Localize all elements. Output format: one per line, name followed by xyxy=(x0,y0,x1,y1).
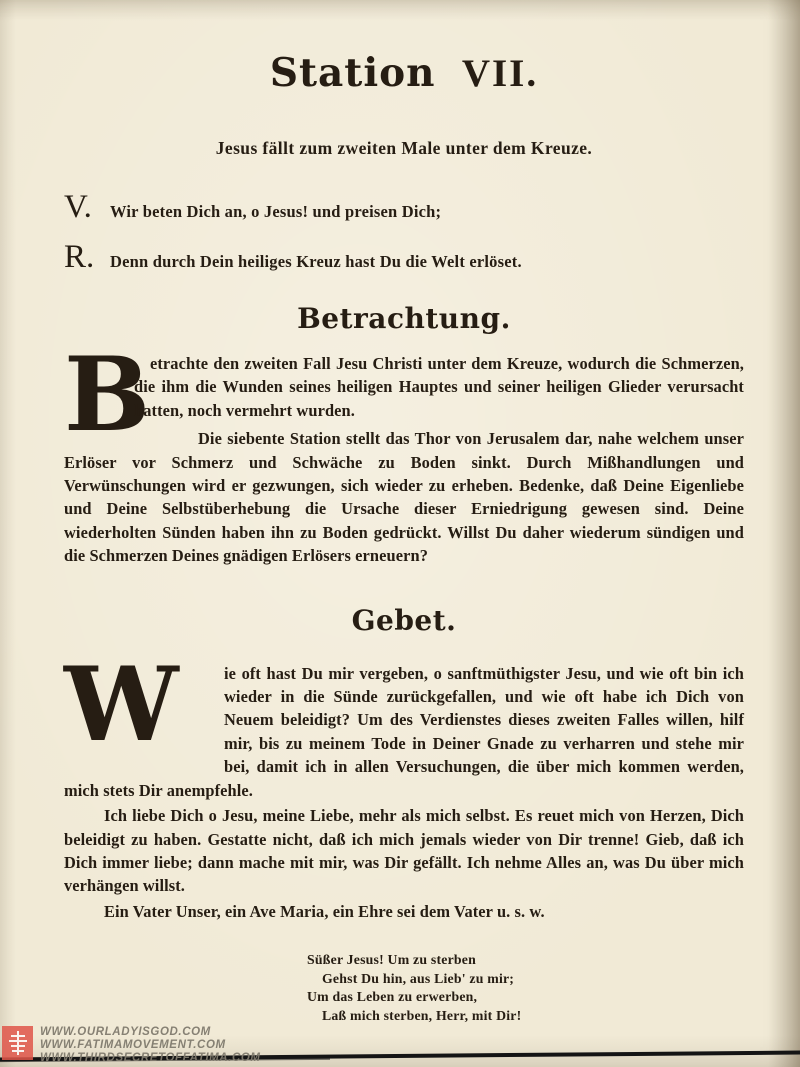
betrachtung-heading: Betrachtung. xyxy=(64,302,744,335)
station-title-text: Station xyxy=(270,50,436,96)
closing-verse: Süßer Jesus! Um zu sterben Gehst Du hin,… xyxy=(307,951,744,1025)
watermark-line-1: WWW.OURLADYISGOD.COM xyxy=(40,1026,261,1039)
station-numeral xyxy=(450,52,462,95)
betrachtung-paragraph-2: Die siebente Station stellt das Thor von… xyxy=(64,427,744,567)
crest-cross-glyph xyxy=(7,1030,29,1056)
gebet-body: W ie oft hast Du mir vergeben, o sanftmü… xyxy=(64,662,744,923)
page-title: Station VII. xyxy=(64,50,744,96)
verse-line-3: Um das Leben zu erwerben, xyxy=(307,988,744,1007)
page-content: Station VII. Jesus fällt zum zweiten Mal… xyxy=(64,0,744,1026)
watermark: WWW.OURLADYISGOD.COM WWW.FATIMAMOVEMENT.… xyxy=(2,1026,261,1065)
gebet-paragraph-2: Ich liebe Dich o Jesu, meine Liebe, mehr… xyxy=(64,804,744,898)
watermark-line-3: WWW.THIRDSECRETOFFATIMA.COM xyxy=(40,1052,261,1065)
versicle-text: Wir beten Dich an, o Jesus! und preisen … xyxy=(110,202,441,222)
betrachtung-paragraph-1-text: den zweiten Fall Jesu Christi unter dem … xyxy=(134,354,744,420)
crest-icon xyxy=(2,1026,33,1060)
gebet-paragraph-3: Ein Vater Unser, ein Ave Maria, ein Ehre… xyxy=(64,900,744,923)
betrachtung-body: B etrachte den zweiten Fall Jesu Christi… xyxy=(64,352,744,568)
dropcap-B: B xyxy=(64,352,134,446)
response-initial: R. xyxy=(64,239,110,276)
versicle-row: V. Wir beten Dich an, o Jesus! und preis… xyxy=(64,189,744,226)
gebet-heading: Gebet. xyxy=(64,604,744,637)
dropcap-W: W xyxy=(64,662,224,756)
verse-line-4: Laß mich sterben, Herr, mit Dir! xyxy=(307,1007,744,1026)
response-text: Denn durch Dein heiliges Kreuz hast Du d… xyxy=(110,252,522,272)
verse-line-2: Gehst Du hin, aus Lieb' zu mir; xyxy=(307,970,744,989)
watermark-line-2: WWW.FATIMAMOVEMENT.COM xyxy=(40,1039,261,1052)
betrachtung-paragraph-1: etrachte den zweiten Fall Jesu Christi u… xyxy=(64,352,744,422)
verse-line-1: Süßer Jesus! Um zu sterben xyxy=(307,951,744,970)
station-subtitle: Jesus fällt zum zweiten Male unter dem K… xyxy=(64,138,744,159)
scanned-book-page: Station VII. Jesus fällt zum zweiten Mal… xyxy=(0,0,800,1067)
watermark-text: WWW.OURLADYISGOD.COM WWW.FATIMAMOVEMENT.… xyxy=(40,1026,261,1065)
response-row: R. Denn durch Dein heiliges Kreuz hast D… xyxy=(64,239,744,276)
station-numeral-text: VII. xyxy=(462,52,538,95)
versicle-initial: V. xyxy=(64,189,110,226)
lead-word: etrachte xyxy=(150,354,208,373)
